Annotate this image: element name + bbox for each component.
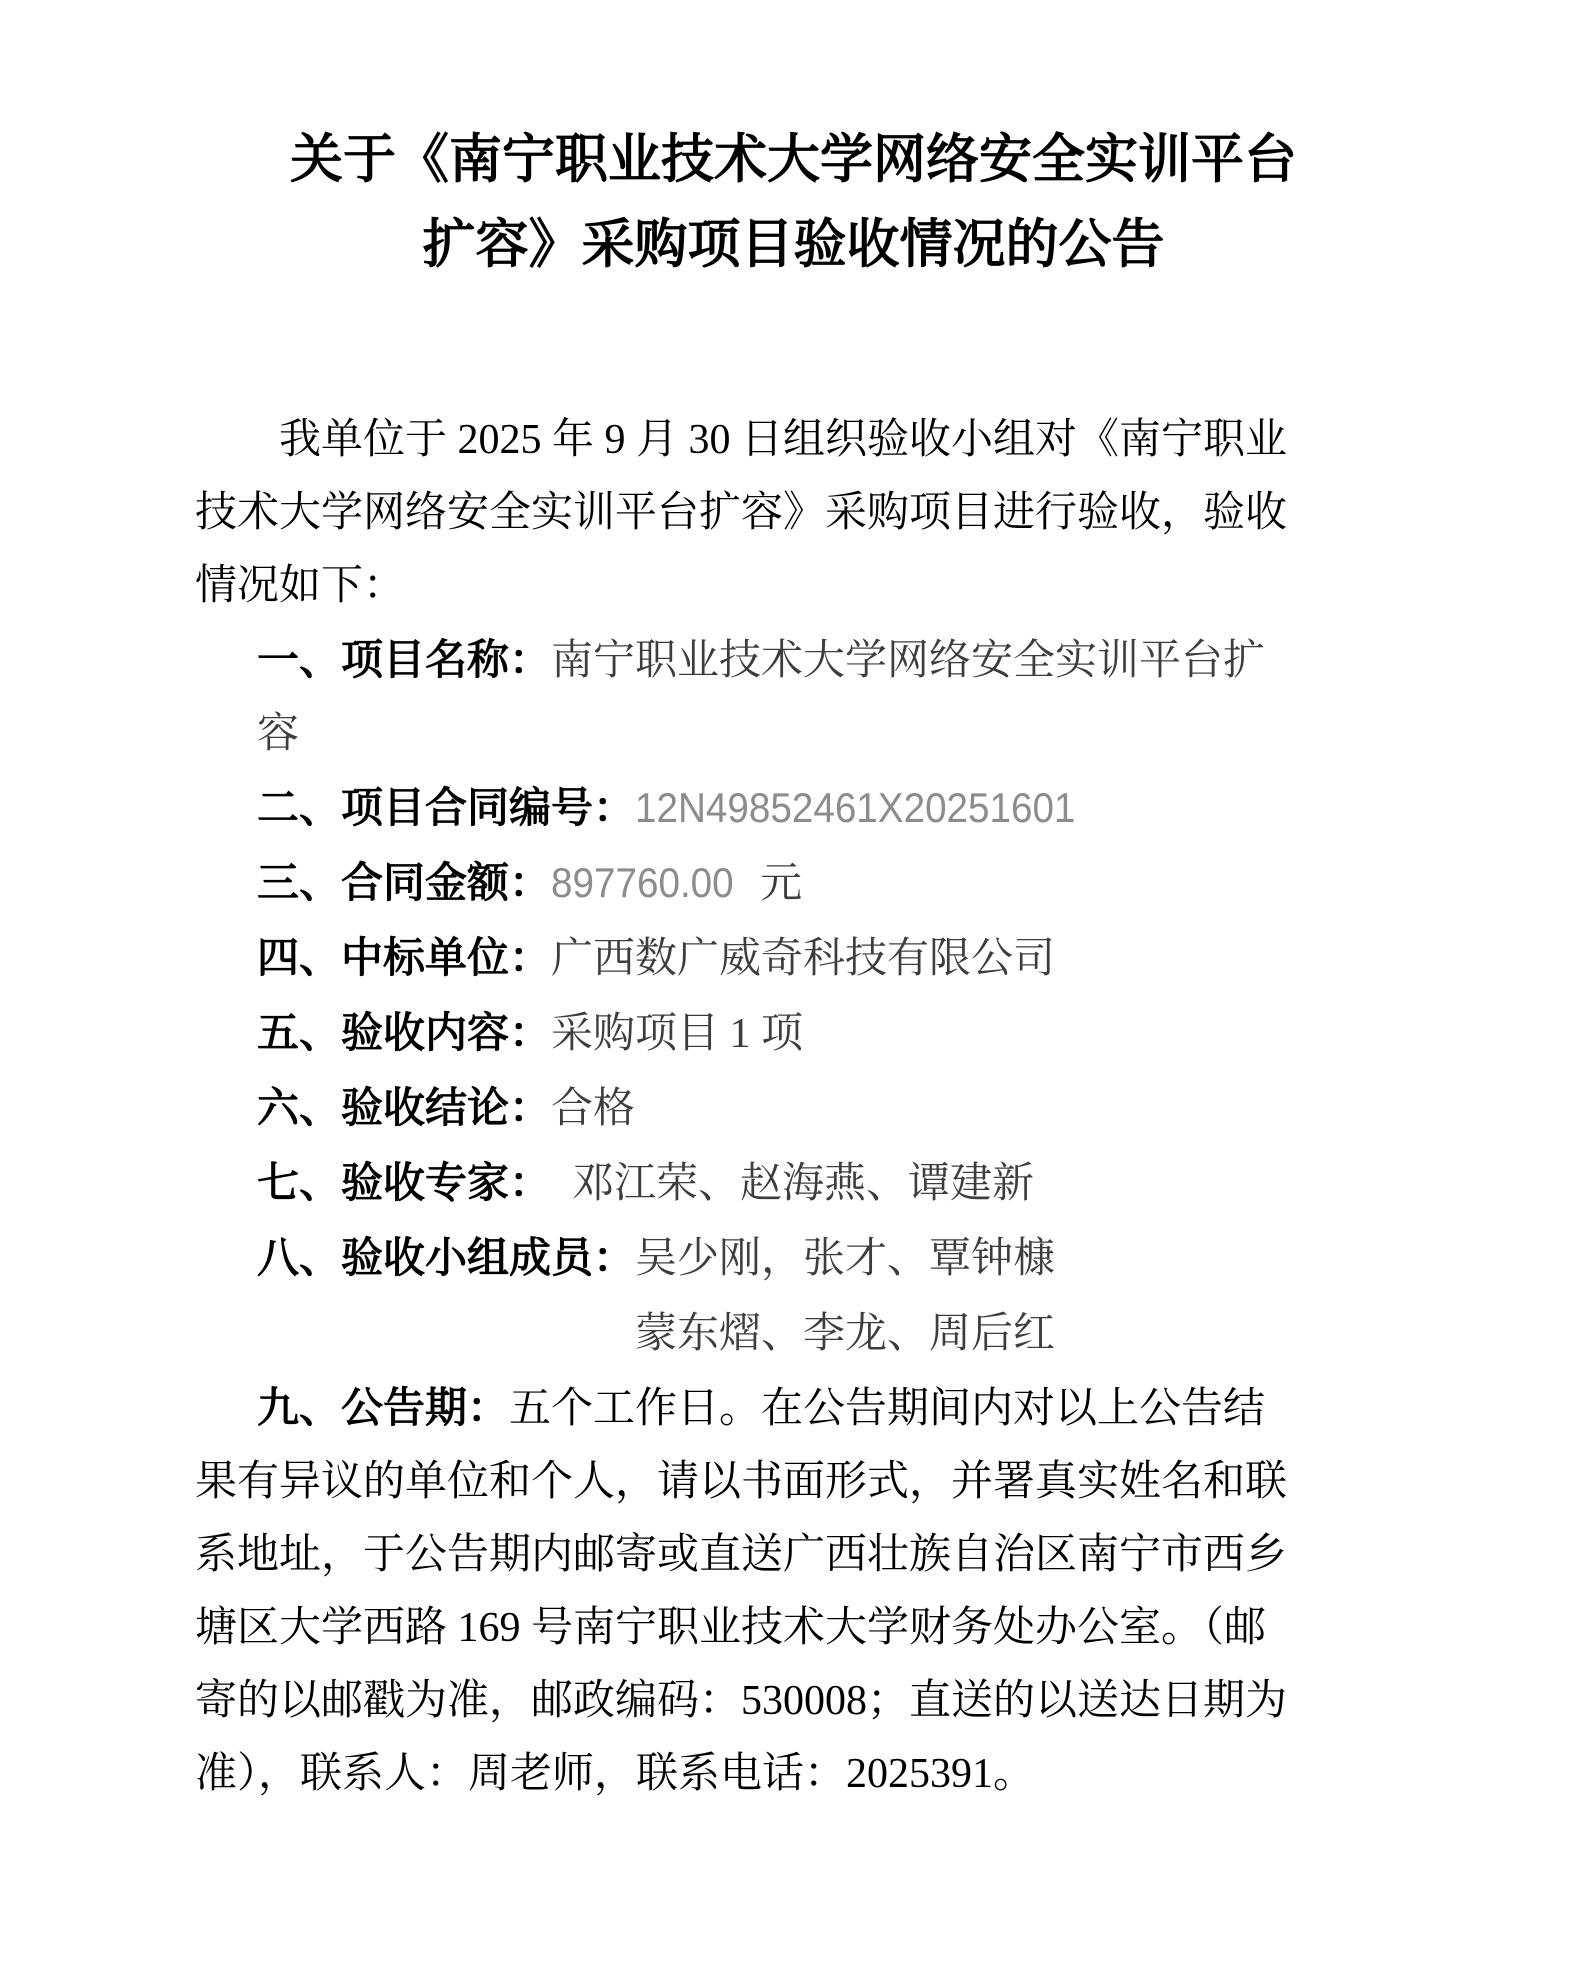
item-contract-amount: 三、合同金额：897760.00 元 bbox=[257, 846, 1392, 921]
contract-number-value: 12N49852461X20251601 bbox=[635, 771, 1075, 844]
document-page: 关于《南宁职业技术大学网络安全实训平台 扩容》采购项目验收情况的公告 我单位于 … bbox=[0, 0, 1587, 1961]
item-acceptance-experts: 七、验收专家： 邓江荣、赵海燕、谭建新 bbox=[257, 1146, 1392, 1221]
item-label: 二、项目合同编号： bbox=[257, 784, 635, 831]
page-title: 关于《南宁职业技术大学网络安全实训平台 扩容》采购项目验收情况的公告 bbox=[195, 118, 1392, 288]
item-value-continued: 蒙东熠、李龙、周后红 bbox=[635, 1311, 1055, 1357]
item-value: 采购项目 1 项 bbox=[551, 1011, 803, 1057]
item-line: 六、验收结论：合格 bbox=[257, 1071, 1392, 1146]
item-label: 五、验收内容： bbox=[257, 1009, 551, 1056]
item-line: 四、中标单位：广西数广威奇科技有限公司 bbox=[257, 921, 1392, 996]
document-body: 我单位于 2025 年 9 月 30 日组织验收小组对《南宁职业 技术大学网络安… bbox=[195, 404, 1392, 1811]
item-project-name: 一、项目名称：南宁职业技术大学网络安全实训平台扩 容 bbox=[257, 623, 1392, 771]
title-line-2: 扩容》采购项目验收情况的公告 bbox=[195, 203, 1392, 288]
intro-paragraph: 我单位于 2025 年 9 月 30 日组织验收小组对《南宁职业 技术大学网络安… bbox=[195, 404, 1392, 623]
item-label: 六、验收结论： bbox=[257, 1084, 551, 1131]
item-line: 一、项目名称：南宁职业技术大学网络安全实训平台扩 bbox=[257, 623, 1392, 698]
amount-value: 897760.00 bbox=[551, 846, 734, 919]
amount-unit: 元 bbox=[750, 861, 803, 907]
item-label: 九、公告期： bbox=[257, 1384, 509, 1431]
item-line: 五、验收内容：采购项目 1 项 bbox=[257, 996, 1392, 1071]
item-announcement-period: 九、公告期：五个工作日。在公告期间内对以上公告结 果有异议的单位和个人，请以书面… bbox=[195, 1371, 1392, 1811]
item-label: 三、合同金额： bbox=[257, 859, 551, 906]
item-line: 八、验收小组成员：吴少刚，张才、覃钟槺 bbox=[257, 1221, 1392, 1296]
item-line: 七、验收专家： 邓江荣、赵海燕、谭建新 bbox=[257, 1146, 1392, 1221]
item-line: 三、合同金额：897760.00 元 bbox=[257, 846, 1392, 921]
intro-line-1: 我单位于 2025 年 9 月 30 日组织验收小组对《南宁职业 bbox=[195, 404, 1392, 477]
item-value: 邓江荣、赵海燕、谭建新 bbox=[551, 1161, 1034, 1207]
item-line: 九、公告期：五个工作日。在公告期间内对以上公告结 bbox=[195, 1371, 1392, 1446]
item-value: 南宁职业技术大学网络安全实训平台扩 bbox=[551, 638, 1265, 684]
item-line: 准），联系人：周老师，联系电话：2025391。 bbox=[195, 1738, 1392, 1811]
item-acceptance-conclusion: 六、验收结论：合格 bbox=[257, 1071, 1392, 1146]
item-line: 塘区大学西路 169 号南宁职业技术大学财务处办公室。（邮 bbox=[195, 1592, 1392, 1665]
intro-line-3: 情况如下： bbox=[195, 550, 1392, 623]
item-label: 七、验收专家： bbox=[257, 1159, 551, 1206]
item-label: 八、验收小组成员： bbox=[257, 1234, 635, 1281]
item-winning-bidder: 四、中标单位：广西数广威奇科技有限公司 bbox=[257, 921, 1392, 996]
item-acceptance-content: 五、验收内容：采购项目 1 项 bbox=[257, 996, 1392, 1071]
item-line: 八、验收小组成员：蒙东熠、李龙、周后红 bbox=[257, 1296, 1392, 1371]
item-line: 容 bbox=[257, 698, 1392, 771]
item-acceptance-team: 八、验收小组成员：吴少刚，张才、覃钟槺 八、验收小组成员：蒙东熠、李龙、周后红 bbox=[257, 1221, 1392, 1371]
item-line: 系地址，于公告期内邮寄或直送广西壮族自治区南宁市西乡 bbox=[195, 1519, 1392, 1592]
item-label: 一、项目名称： bbox=[257, 636, 551, 683]
item-value: 吴少刚，张才、覃钟槺 bbox=[635, 1236, 1055, 1282]
title-line-1: 关于《南宁职业技术大学网络安全实训平台 bbox=[195, 118, 1392, 203]
item-line: 果有异议的单位和个人，请以书面形式，并署真实姓名和联 bbox=[195, 1446, 1392, 1519]
item-value-continued: 容 bbox=[257, 711, 299, 757]
item-value: 五个工作日。在公告期间内对以上公告结 bbox=[509, 1386, 1265, 1432]
item-contract-number: 二、项目合同编号：12N49852461X20251601 bbox=[257, 771, 1392, 846]
intro-line-2: 技术大学网络安全实训平台扩容》采购项目进行验收，验收 bbox=[195, 477, 1392, 550]
item-value: 广西数广威奇科技有限公司 bbox=[551, 936, 1055, 982]
item-label: 四、中标单位： bbox=[257, 934, 551, 981]
item-value: 合格 bbox=[551, 1086, 635, 1132]
item-line: 二、项目合同编号：12N49852461X20251601 bbox=[257, 771, 1392, 846]
item-line: 寄的以邮戳为准，邮政编码：530008；直送的以送达日期为 bbox=[195, 1665, 1392, 1738]
